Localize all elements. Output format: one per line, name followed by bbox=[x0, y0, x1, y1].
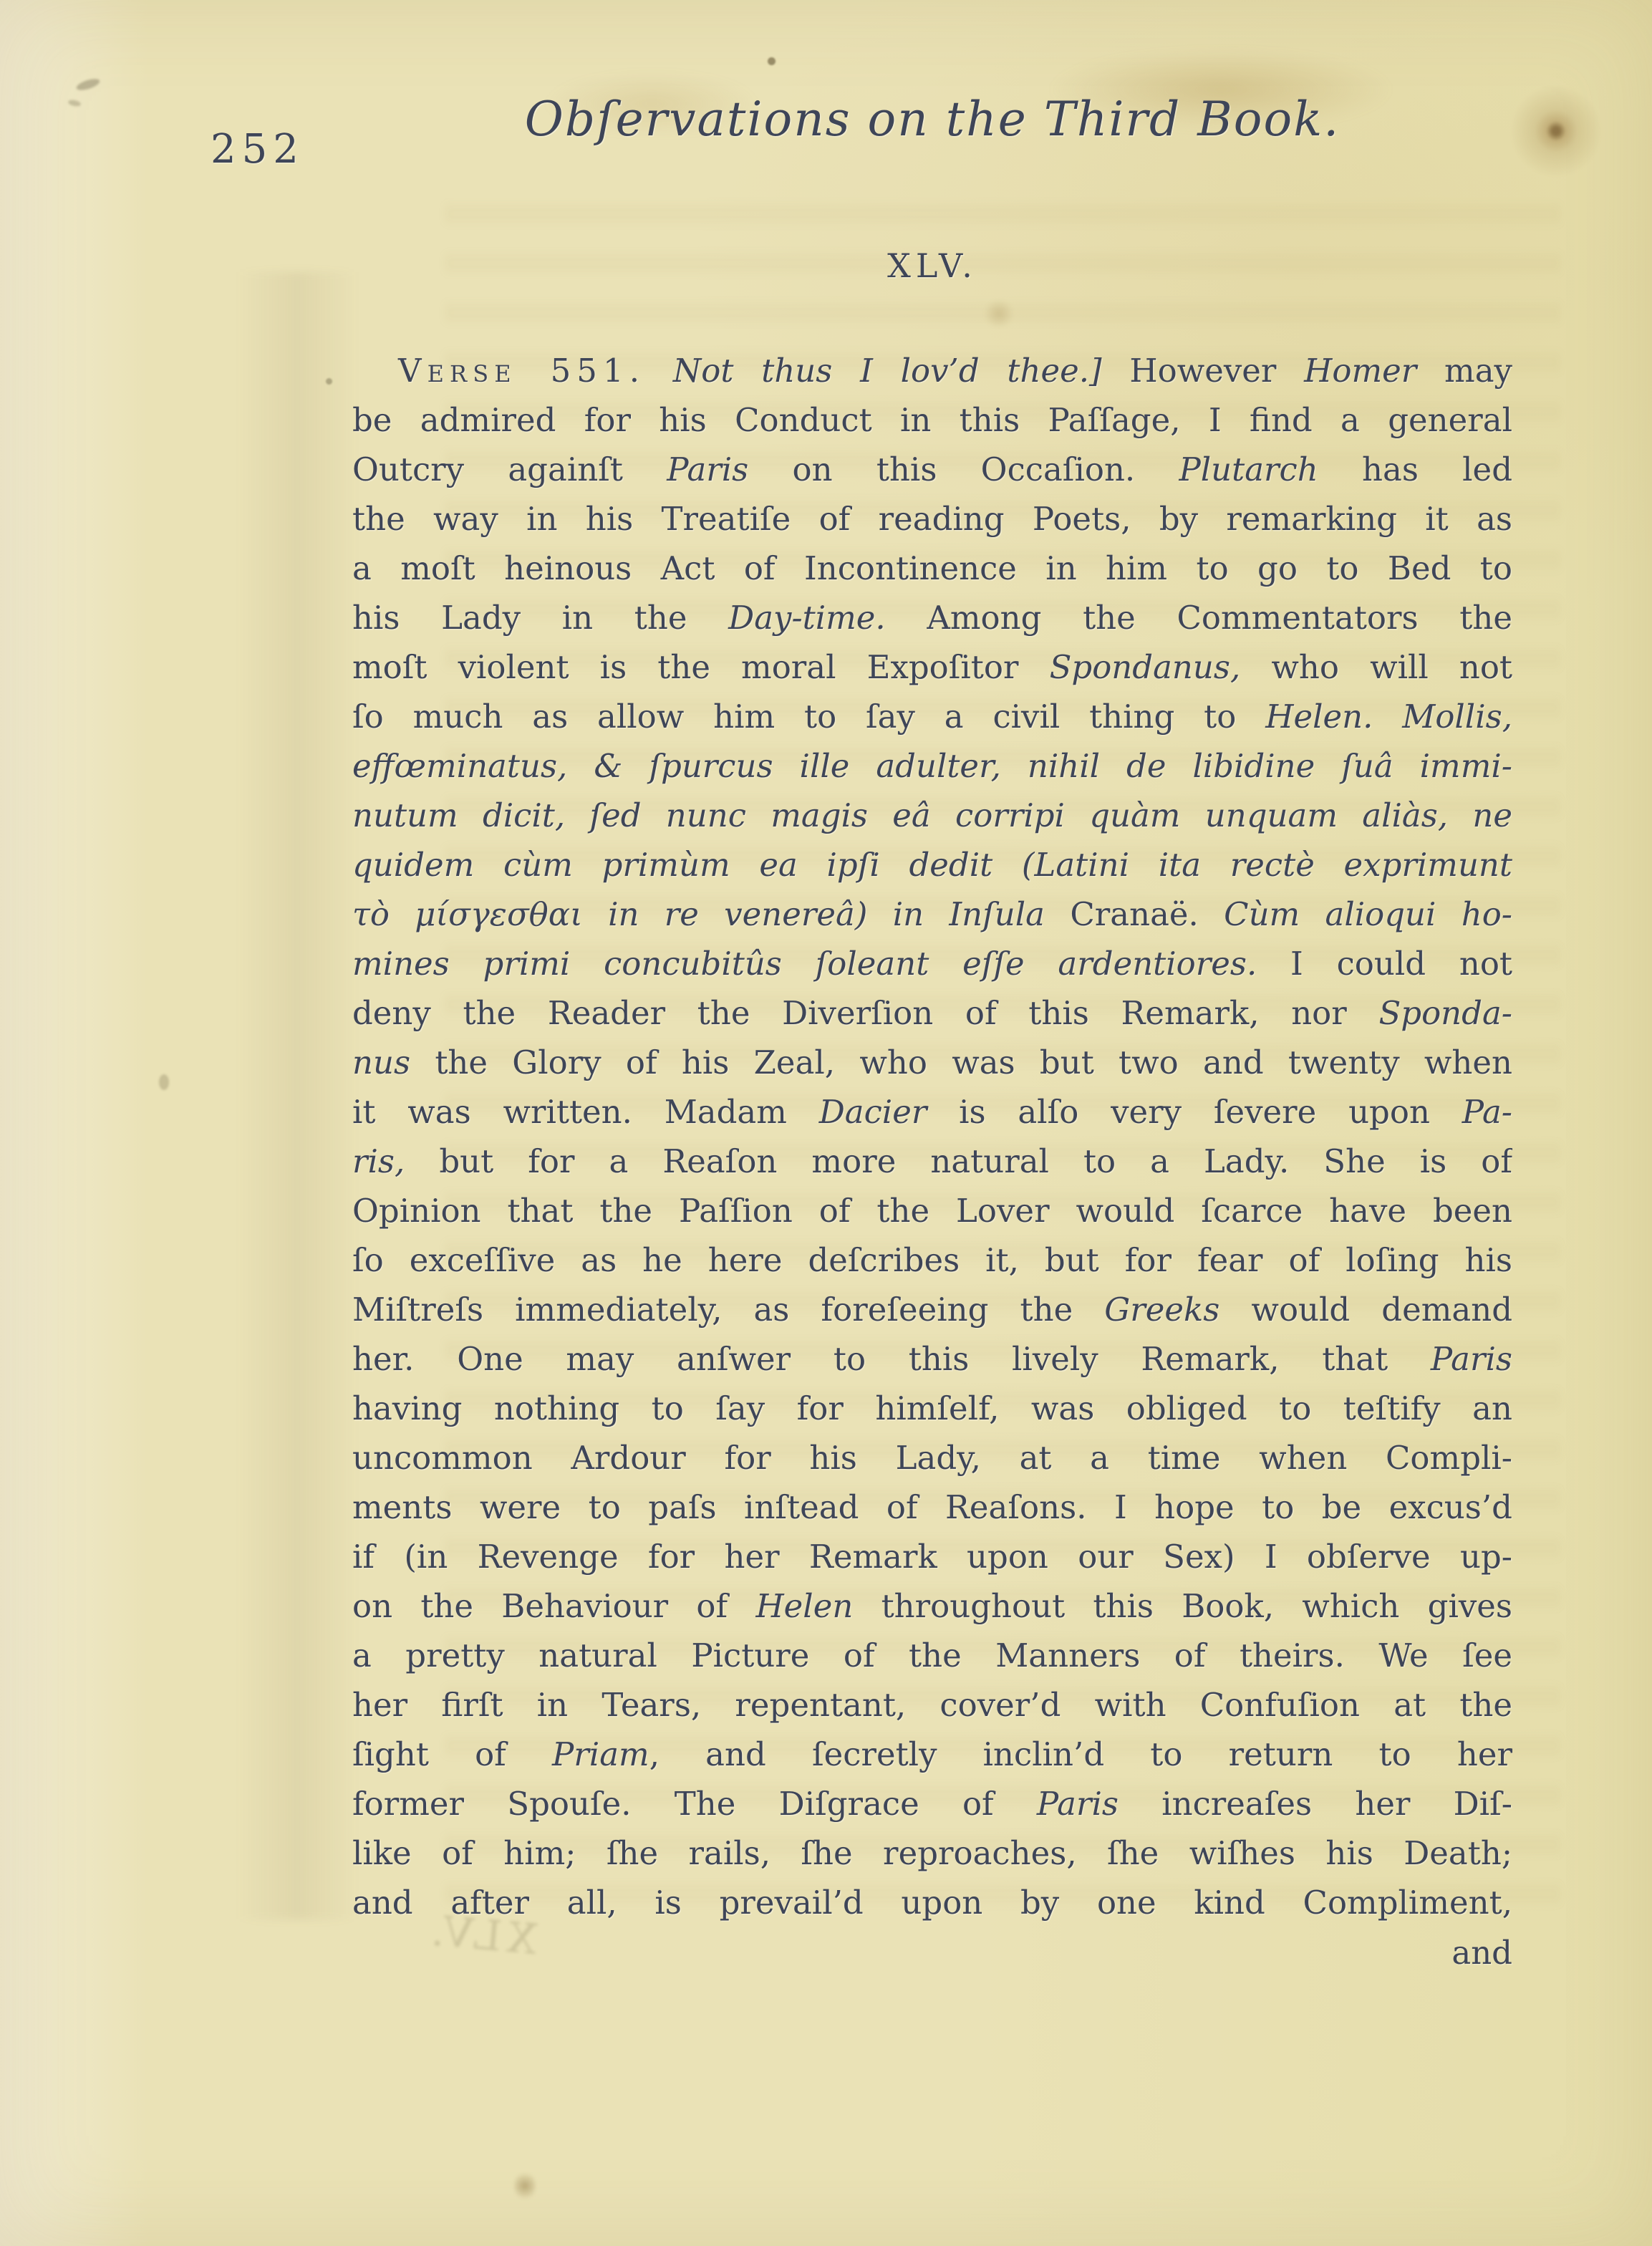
text-segment-roman: ſo much as allow him to ſay a civil thin… bbox=[352, 698, 1265, 736]
body-line: his Lady in the Day-time. Among the Comm… bbox=[352, 593, 1512, 642]
catchword: and bbox=[1451, 1934, 1512, 1972]
body-line: her. One may anſwer to this lively Remar… bbox=[352, 1334, 1512, 1384]
body-line: her firſt in Tears, repentant, cover’d w… bbox=[352, 1680, 1512, 1730]
text-segment-roman: on this Occaſion. bbox=[748, 450, 1179, 488]
text-segment-roman: like of him; ſhe rails, ſhe reproaches, … bbox=[352, 1834, 1512, 1872]
body-line: ſo exceſſive as he here deſcribes it, bu… bbox=[352, 1235, 1512, 1285]
text-segment-italic: ris, bbox=[352, 1142, 405, 1180]
text-segment-italic: Helen. bbox=[1265, 698, 1373, 736]
body-line: it was written. Madam Dacier is alſo ver… bbox=[352, 1087, 1512, 1137]
text-segment-italic: nus bbox=[352, 1044, 410, 1081]
body-line: the way in his Treatiſe of reading Poets… bbox=[352, 494, 1512, 544]
body-line: ſight of Priam, and ſecretly inclin’d to… bbox=[352, 1730, 1512, 1779]
text-segment-italic: Paris bbox=[1431, 1340, 1512, 1378]
text-segment-roman: However bbox=[1102, 352, 1305, 390]
body-line: effœminatus, & ſpurcus ille adulter, nih… bbox=[352, 741, 1512, 791]
text-segment-roman: has led bbox=[1318, 450, 1512, 488]
body-line: a pretty natural Picture of the Manners … bbox=[352, 1631, 1512, 1680]
text-segment-roman: I could not bbox=[1257, 945, 1512, 983]
body-line: ments were to paſs inſtead of Reaſons. I… bbox=[352, 1483, 1512, 1532]
text-segment-roman: the way in his Treatiſe of reading Poets… bbox=[352, 500, 1512, 538]
text-segment-italic: Pa- bbox=[1462, 1093, 1512, 1131]
body-line: Miſtreſs immediately, as foreſeeing the … bbox=[352, 1285, 1512, 1334]
text-segment-roman: throughout this Book, which gives bbox=[853, 1587, 1512, 1625]
text-segment-roman: and after all, is prevail’d upon by one … bbox=[352, 1884, 1512, 1922]
text-segment-roman: her firſt in Tears, repentant, cover’d w… bbox=[352, 1686, 1512, 1724]
text-segment-roman: a moſt heinous Act of Incontinence in hi… bbox=[352, 549, 1512, 587]
text-segment-roman: , and ſecretly inclin’d to return to her bbox=[649, 1735, 1512, 1773]
speck bbox=[75, 77, 101, 92]
text-segment-roman: Opinion that the Paſſion of the Lover wo… bbox=[352, 1192, 1512, 1230]
body-line: be admired for his Conduct in this Paſſa… bbox=[352, 395, 1512, 445]
page-curve-shadow bbox=[236, 272, 358, 1919]
text-segment-greek: τὸ μίσγεσθαι bbox=[352, 895, 608, 933]
text-segment-italic: effœminatus, & ſpurcus ille adulter, nih… bbox=[352, 747, 1512, 785]
text-segment-roman: Among the Commentators the bbox=[886, 599, 1512, 637]
text-segment-roman: Outcry againſt bbox=[352, 450, 667, 488]
text-segment-roman: is alſo very ſevere upon bbox=[927, 1093, 1462, 1131]
body-line: and after all, is prevail’d upon by one … bbox=[352, 1878, 1512, 1927]
body-line: nutum dicit, ſed nunc magis eâ corripi q… bbox=[352, 791, 1512, 840]
text-segment-italic: Day-time. bbox=[728, 599, 886, 637]
text-segment-roman: ſo exceſſive as he here deſcribes it, bu… bbox=[352, 1241, 1512, 1279]
body-line: quidem cùm primùm ea ipſi dedit (Latini … bbox=[352, 840, 1512, 890]
text-segment-roman: be admired for his Conduct in this Paſſa… bbox=[352, 401, 1512, 439]
body-line: Opinion that the Paſſion of the Lover wo… bbox=[352, 1186, 1512, 1235]
stain bbox=[1509, 85, 1603, 178]
text-segment-italic: in re venereâ) in Inſula bbox=[608, 895, 1070, 933]
text-segment-italic: Homer bbox=[1304, 352, 1416, 390]
text-segment-roman: the Glory of his Zeal, who was but two a… bbox=[410, 1044, 1512, 1081]
text-segment-italic: Sponda- bbox=[1378, 994, 1512, 1032]
body-line: Outcry againſt Paris on this Occaſion. P… bbox=[352, 445, 1512, 494]
body-line: mines primi concubitûs ſoleant eſſe arde… bbox=[352, 939, 1512, 988]
speck bbox=[768, 57, 776, 65]
text-segment-roman: ments were to paſs inſtead of Reaſons. I… bbox=[352, 1488, 1512, 1526]
text-segment-roman: Cranaë. bbox=[1070, 895, 1224, 933]
body-line: ris, but for a Reaſon more natural to a … bbox=[352, 1137, 1512, 1186]
body-line: if (in Revenge for her Remark upon our S… bbox=[352, 1532, 1512, 1581]
body-line: τὸ μίσγεσθαι in re venereâ) in Inſula Cr… bbox=[352, 890, 1512, 939]
text-segment-roman: but for a Reaſon more natural to a Lady.… bbox=[405, 1142, 1512, 1180]
text-segment-italic: nutum dicit, ſed nunc magis eâ corripi q… bbox=[352, 796, 1512, 834]
text-segment-roman bbox=[1373, 698, 1402, 736]
text-segment-roman: may bbox=[1416, 352, 1512, 390]
text-segment-italic: Mollis, bbox=[1402, 698, 1512, 736]
text-segment-roman: uncommon Ardour for his Lady, at a time … bbox=[352, 1439, 1512, 1477]
text-segment-roman: increaſes her Diſ- bbox=[1119, 1785, 1512, 1823]
text-segment-italic: Plutarch bbox=[1179, 450, 1318, 488]
text-segment-roman: his Lady in the bbox=[352, 599, 728, 637]
body-line: deny the Reader the Diverſion of this Re… bbox=[352, 988, 1512, 1038]
text-segment-italic: Spondanus, bbox=[1050, 648, 1241, 686]
body-line: nus the Glory of his Zeal, who was but t… bbox=[352, 1038, 1512, 1087]
text-segment-roman: would demand bbox=[1219, 1291, 1512, 1329]
page-number: 252 bbox=[211, 126, 304, 173]
text-segment-roman: on the Behaviour of bbox=[352, 1587, 755, 1625]
text-segment-roman: her. One may anſwer to this lively Remar… bbox=[352, 1340, 1431, 1378]
text-segment-roman: moſt violent is the moral Expoſitor bbox=[352, 648, 1050, 686]
speck bbox=[326, 378, 332, 385]
text-segment-italic: Paris bbox=[667, 450, 748, 488]
text-segment-roman: deny the Reader the Diverſion of this Re… bbox=[352, 994, 1378, 1032]
body-line: on the Behaviour of Helen throughout thi… bbox=[352, 1581, 1512, 1631]
speck bbox=[159, 1074, 169, 1090]
text-segment-italic: Greeks bbox=[1104, 1291, 1219, 1329]
body-line: having nothing to ſay for himſelf, was o… bbox=[352, 1384, 1512, 1433]
body-text: Verse 551. Not thus I lov’d thee.] Howev… bbox=[352, 346, 1512, 1927]
text-segment-italic: quidem cùm primùm ea ipſi dedit (Latini … bbox=[352, 846, 1512, 884]
text-segment-roman: a pretty natural Picture of the Manners … bbox=[352, 1637, 1512, 1674]
text-segment-italic: Priam bbox=[552, 1735, 649, 1773]
text-segment-roman: it was written. Madam bbox=[352, 1093, 819, 1131]
text-segment-roman: Miſtreſs immediately, as foreſeeing the bbox=[352, 1291, 1104, 1329]
text-segment-roman: who will not bbox=[1240, 648, 1512, 686]
running-header: Obſervations on the Third Book. bbox=[352, 92, 1512, 147]
text-segment-italic: Not thus I lov’d thee.] bbox=[645, 352, 1101, 390]
scanned-book-page: 252 Obſervations on the Third Book. XLV.… bbox=[0, 0, 1652, 2246]
text-segment-roman: if (in Revenge for her Remark upon our S… bbox=[352, 1538, 1512, 1576]
text-segment-italic: Dacier bbox=[819, 1093, 927, 1131]
text-segment-italic: Cùm alioqui ho- bbox=[1224, 895, 1512, 933]
speck bbox=[514, 2170, 536, 2202]
body-line: Verse 551. Not thus I lov’d thee.] Howev… bbox=[352, 346, 1512, 395]
text-segment-roman: having nothing to ſay for himſelf, was o… bbox=[352, 1389, 1512, 1427]
text-segment-italic: Paris bbox=[1037, 1785, 1119, 1823]
text-segment-small-caps: Verse 551. bbox=[398, 352, 645, 390]
speck bbox=[982, 301, 1015, 327]
body-line: like of him; ſhe rails, ſhe reproaches, … bbox=[352, 1828, 1512, 1878]
speck bbox=[67, 99, 81, 107]
body-line: former Spouſe. The Diſgrace of Paris inc… bbox=[352, 1779, 1512, 1828]
text-segment-roman: ſight of bbox=[352, 1735, 552, 1773]
body-line: a moſt heinous Act of Incontinence in hi… bbox=[352, 544, 1512, 593]
text-segment-italic: Helen bbox=[755, 1587, 853, 1625]
text-segment-roman: former Spouſe. The Diſgrace of bbox=[352, 1785, 1037, 1823]
body-line: ſo much as allow him to ſay a civil thin… bbox=[352, 692, 1512, 741]
body-line: uncommon Ardour for his Lady, at a time … bbox=[352, 1433, 1512, 1483]
text-segment-italic: mines primi concubitûs ſoleant eſſe arde… bbox=[352, 945, 1257, 983]
body-line: moſt violent is the moral Expoſitor Spon… bbox=[352, 642, 1512, 692]
catchword-row: and bbox=[352, 1928, 1512, 1977]
section-heading: XLV. bbox=[352, 246, 1512, 285]
